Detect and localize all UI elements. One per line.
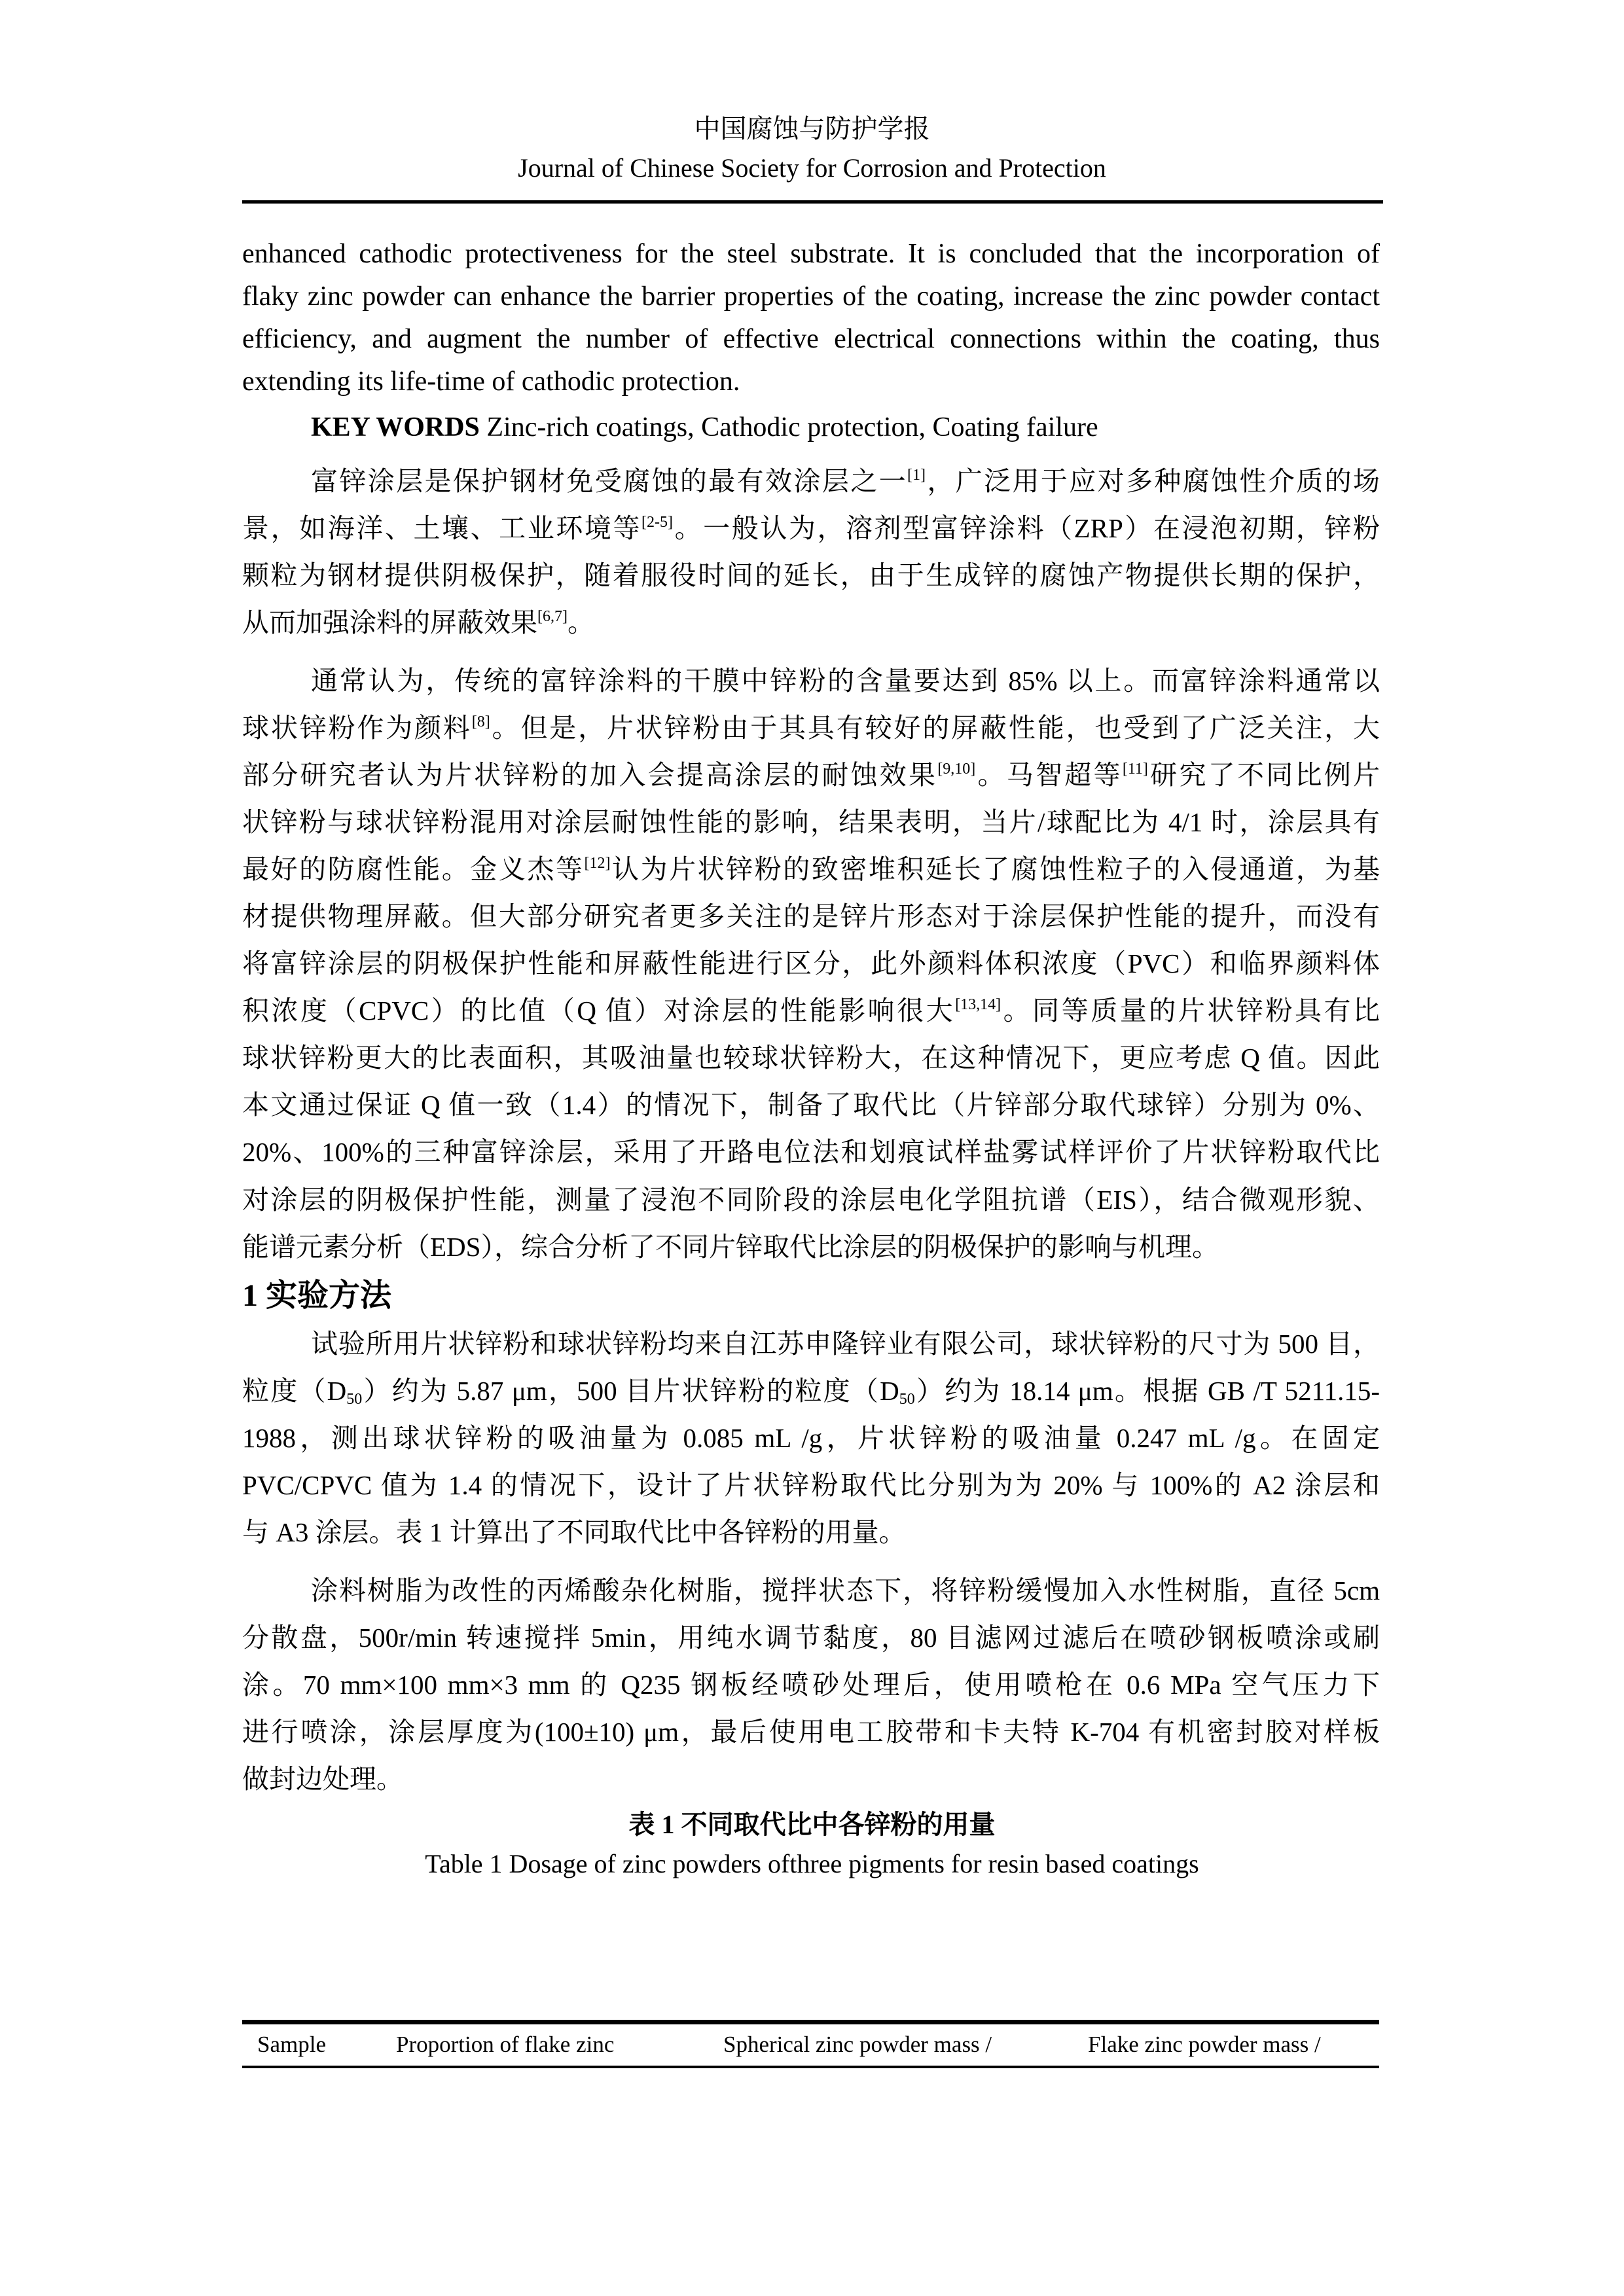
text: 最好的防腐性能。金义杰等 bbox=[242, 854, 584, 884]
citation: [9,10] bbox=[937, 761, 975, 778]
header-rule bbox=[242, 200, 1383, 204]
paragraph-line: 分散盘，500r/min 转速搅拌 5min，用纯水调节黏度，80 目滤网过滤后… bbox=[242, 1619, 1380, 1656]
citation: [8] bbox=[472, 713, 490, 730]
text: 粒度（D bbox=[242, 1376, 346, 1406]
text: 。 bbox=[568, 607, 594, 637]
paragraph-line: 本文通过保证 Q 值一致（1.4）的情况下，制备了取代比（片锌部分取代球锌）分别… bbox=[242, 1086, 1380, 1123]
subscript: 50 bbox=[346, 1391, 362, 1408]
paragraph-line: 富锌涂层是保护钢材免受腐蚀的最有效涂层之一[1]，广泛用于应对多种腐蚀性介质的场 bbox=[311, 463, 1380, 499]
paragraph-line: 部分研究者认为片状锌粉的加入会提高涂层的耐蚀效果[9,10]。马智超等[11]研… bbox=[242, 757, 1380, 793]
paragraph-line: 做封边处理。 bbox=[242, 1761, 1380, 1797]
paragraph-line: 能谱元素分析（EDS），综合分析了不同片锌取代比涂层的阴极保护的影响与机理。 bbox=[242, 1229, 1380, 1265]
citation: [12] bbox=[584, 855, 610, 872]
text: 富锌涂层是保护钢材免受腐蚀的最有效涂层之一 bbox=[311, 466, 907, 496]
paragraph-line: 涂料树脂为改性的丙烯酸杂化树脂，搅拌状态下，将锌粉缓慢加入水性树脂，直径 5cm bbox=[311, 1572, 1380, 1609]
citation: [13,14] bbox=[955, 996, 1001, 1013]
keywords: KEY WORDS Zinc-rich coatings, Cathodic p… bbox=[311, 409, 1380, 446]
table-caption-en: Table 1 Dosage of zinc powders ofthree p… bbox=[0, 1847, 1624, 1881]
citation: [6,7] bbox=[537, 608, 568, 625]
keywords-text: Zinc-rich coatings, Cathodic protection,… bbox=[480, 412, 1098, 442]
paragraph-line: 试验所用片状锌粉和球状锌粉均来自江苏申隆锌业有限公司，球状锌粉的尺寸为 500 … bbox=[311, 1325, 1380, 1362]
paragraph-line: 颗粒为钢材提供阴极保护，随着服役时间的延长，由于生成锌的腐蚀产物提供长期的保护， bbox=[242, 557, 1380, 594]
table-header-flake-mass: Flake zinc powder mass / bbox=[1088, 2029, 1321, 2060]
text: 。马智超等 bbox=[975, 760, 1123, 790]
abstract-line: extending its life-time of cathodic prot… bbox=[242, 363, 1380, 400]
abstract-line: flaky zinc powder can enhance the barrie… bbox=[242, 278, 1380, 315]
paragraph-line: 与 A3 涂层。表 1 计算出了不同取代比中各锌粉的用量。 bbox=[242, 1514, 1380, 1551]
section-heading: 1 实验方法 bbox=[242, 1276, 391, 1316]
paragraph-line: 粒度（D50）约为 5.87 μm，500 目片状锌粉的粒度（D50）约为 18… bbox=[242, 1372, 1380, 1409]
citation: [2-5] bbox=[641, 514, 673, 531]
paragraph-line: 从而加强涂料的屏蔽效果[6,7]。 bbox=[242, 604, 1380, 641]
abstract-line: enhanced cathodic protectiveness for the… bbox=[242, 236, 1380, 272]
text: 景，如海洋、土壤、工业环境等 bbox=[242, 513, 641, 543]
paragraph-line: 景，如海洋、土壤、工业环境等[2-5]。一般认为，溶剂型富锌涂料（ZRP）在浸泡… bbox=[242, 510, 1380, 547]
text: 球状锌粉作为颜料 bbox=[242, 713, 472, 743]
text: 积浓度（CPVC）的比值（Q 值）对涂层的性能影响很大 bbox=[242, 996, 955, 1026]
journal-title-en: Journal of Chinese Society for Corrosion… bbox=[0, 152, 1624, 185]
paragraph-line: 20%、100%的三种富锌涂层，采用了开路电位法和划痕试样盐雾试样评价了片状锌粉… bbox=[242, 1134, 1380, 1170]
text: 认为片状锌粉的致密堆积延长了腐蚀性粒子的入侵通道，为基 bbox=[610, 854, 1380, 884]
table-header-rule bbox=[242, 2066, 1379, 2068]
paragraph-line: 状锌粉与球状锌粉混用对涂层耐蚀性能的影响，结果表明，当片/球配比为 4/1 时，… bbox=[242, 804, 1380, 840]
paragraph-line: 通常认为，传统的富锌涂料的干膜中锌粉的含量要达到 85% 以上。而富锌涂料通常以 bbox=[311, 662, 1380, 699]
text: 。但是，片状锌粉由于其具有较好的屏蔽性能，也受到了广泛关注，大 bbox=[490, 713, 1380, 743]
citation: [11] bbox=[1123, 761, 1148, 778]
table-header-proportion: Proportion of flake zinc bbox=[396, 2029, 614, 2060]
paragraph-line: 1988，测出球状锌粉的吸油量为 0.085 mL /g，片状锌粉的吸油量 0.… bbox=[242, 1420, 1380, 1456]
paragraph-line: 球状锌粉更大的比表面积，其吸油量也较球状锌粉大，在这种情况下，更应考虑 Q 值。… bbox=[242, 1039, 1380, 1076]
table-top-rule bbox=[242, 2020, 1379, 2024]
citation: [1] bbox=[907, 467, 926, 484]
text: ，广泛用于应对多种腐蚀性介质的场 bbox=[926, 466, 1380, 496]
document-page: 中国腐蚀与防护学报 Journal of Chinese Society for… bbox=[0, 0, 1624, 2296]
text: 从而加强涂料的屏蔽效果 bbox=[242, 607, 537, 637]
paragraph-line: 进行喷涂，涂层厚度为(100±10) μm，最后使用电工胶带和卡夫特 K-704… bbox=[242, 1713, 1380, 1750]
journal-title-cn: 中国腐蚀与防护学报 bbox=[0, 113, 1624, 145]
paragraph-line: 材提供物理屏蔽。但大部分研究者更多关注的是锌片形态对于涂层保护性能的提升，而没有 bbox=[242, 898, 1380, 935]
abstract-line: efficiency, and augment the number of ef… bbox=[242, 321, 1380, 357]
text: 。一般认为，溶剂型富锌涂料（ZRP）在浸泡初期，锌粉 bbox=[673, 513, 1380, 543]
paragraph-line: PVC/CPVC 值为 1.4 的情况下，设计了片状锌粉取代比分别为为 20% … bbox=[242, 1467, 1380, 1503]
paragraph-line: 球状锌粉作为颜料[8]。但是，片状锌粉由于其具有较好的屏蔽性能，也受到了广泛关注… bbox=[242, 709, 1380, 746]
text: 。同等质量的片状锌粉具有比 bbox=[1001, 996, 1380, 1026]
paragraph-line: 涂。70 mm×100 mm×3 mm 的 Q235 钢板经喷砂处理后，使用喷枪… bbox=[242, 1666, 1380, 1703]
table-header-spherical-mass: Spherical zinc powder mass / bbox=[723, 2029, 992, 2060]
table-caption-cn: 表 1 不同取代比中各锌粉的用量 bbox=[0, 1808, 1624, 1842]
keywords-label: KEY WORDS bbox=[311, 412, 480, 442]
table-header-sample: Sample bbox=[257, 2029, 326, 2060]
paragraph-line: 积浓度（CPVC）的比值（Q 值）对涂层的性能影响很大[13,14]。同等质量的… bbox=[242, 992, 1380, 1029]
text: 部分研究者认为片状锌粉的加入会提高涂层的耐蚀效果 bbox=[242, 760, 937, 790]
paragraph-line: 对涂层的阴极保护性能，测量了浸泡不同阶段的涂层电化学阻抗谱（EIS），结合微观形… bbox=[242, 1181, 1380, 1218]
subscript: 50 bbox=[899, 1391, 915, 1408]
paragraph-line: 最好的防腐性能。金义杰等[12]认为片状锌粉的致密堆积延长了腐蚀性粒子的入侵通道… bbox=[242, 851, 1380, 888]
text: ）约为 18.14 μm。根据 GB /T 5211.15- bbox=[915, 1376, 1380, 1406]
paragraph-line: 将富锌涂层的阴极保护性能和屏蔽性能进行区分，此外颜料体积浓度（PVC）和临界颜料… bbox=[242, 945, 1380, 982]
text: ）约为 5.87 μm，500 目片状锌粉的粒度（D bbox=[362, 1376, 899, 1406]
text: 研究了不同比例片 bbox=[1148, 760, 1380, 790]
